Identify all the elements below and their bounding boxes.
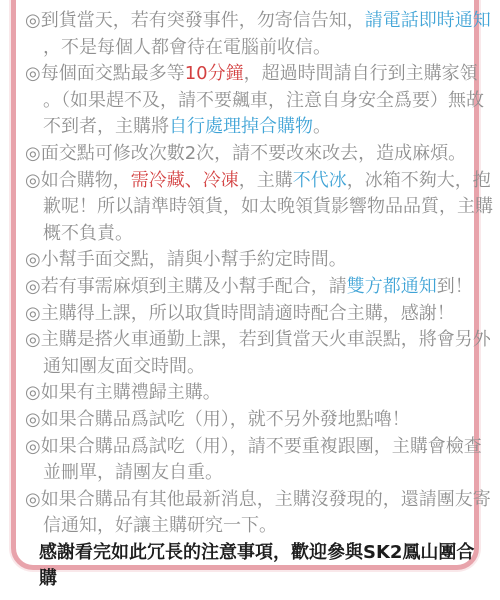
text-segment: ◎到貨當天，若有突發事件，勿寄信告知， [25,10,365,31]
text-segment: 請電話即時通知 [365,10,491,31]
text-segment: ◎如果合購品有其他最新消息，主購沒發現的，還請團友寄信通知，好讓主購研究一下。 [25,489,491,537]
notice-item: ◎面交點可修改次數2次，請不要改來改去，造成麻煩。 [25,141,495,168]
notice-list: ◎到貨當天，若有突發事件，勿寄信告知，請電話即時通知，不是每個人都會待在電腦前收… [25,8,470,540]
text-segment: ，不是每個人都會待在電腦前收信。 [43,37,331,58]
text-segment: ◎小幫手面交點，請與小幫手約定時間。 [25,249,347,270]
notice-item: ◎小幫手面交點，請與小幫手約定時間。 [25,247,495,274]
notice-item: ◎如果合購品爲試吃（用），請不要重複跟團，主購會檢查並刪單，請團友自重。 [25,434,495,487]
text-segment: 雙方都通知 [347,276,437,297]
notice-item: ◎如果有主購禮歸主購。 [25,380,495,407]
text-segment: ，主購 [239,170,293,191]
notice-footer: 感謝看完如此冗長的注意事項，歡迎參與SK2鳳山團合購 [39,540,479,593]
text-segment: 自行處理掉合購物 [169,116,313,137]
notice-item: ◎如合購物，需冷藏、冷凍，主購不代冰，冰箱不夠大，抱歉呢！所以請準時領貨，如太晚… [25,168,495,248]
text-segment: ◎如果合購品爲試吃（用），請不要重複跟團，主購會檢查並刪單，請團友自重。 [25,436,482,484]
notice-item: ◎如果合購品爲試吃（用），就不另外發地點嚕！ [25,407,495,434]
text-segment: ◎若有事需麻煩到主購及小幫手配合，請 [25,276,347,297]
text-segment: ◎如果合購品爲試吃（用），就不另外發地點嚕！ [25,409,410,430]
notice-box: ◎到貨當天，若有突發事件，勿寄信告知，請電話即時通知，不是每個人都會待在電腦前收… [11,0,479,570]
notice-item: ◎主購是搭火車通勤上課，若到貨當天火車誤點，將會另外通知團友面交時間。 [25,327,495,380]
text-segment: 。 [313,116,331,137]
text-segment: ◎面交點可修改次數2次，請不要改來改去，造成麻煩。 [25,143,466,164]
notice-item: ◎到貨當天，若有突發事件，勿寄信告知，請電話即時通知，不是每個人都會待在電腦前收… [25,8,495,61]
text-segment: ◎如合購物， [25,170,131,191]
text-segment: ◎每個面交點最多等 [25,63,185,84]
text-segment: ◎主購得上課，所以取貨時間請適時配合主購，感謝！ [25,303,455,324]
notice-content: ◎到貨當天，若有突發事件，勿寄信告知，請電話即時通知，不是每個人都會待在電腦前收… [16,0,474,593]
text-segment: 不代冰 [293,170,347,191]
notice-item: ◎若有事需麻煩到主購及小幫手配合，請雙方都通知到！ [25,274,495,301]
text-segment: ◎如果有主購禮歸主購。 [25,382,221,403]
text-segment: 到！ [437,276,473,297]
text-segment: ◎主購是搭火車通勤上課，若到貨當天火車誤點，將會另外通知團友面交時間。 [25,329,491,377]
notice-item: ◎每個面交點最多等10分鐘，超過時間請自行到主購家領。（如果趕不及，請不要飆車，… [25,61,495,141]
page: ◎到貨當天，若有突發事件，勿寄信告知，請電話即時通知，不是每個人都會待在電腦前收… [0,0,500,600]
notice-item: ◎如果合購品有其他最新消息，主購沒發現的，還請團友寄信通知，好讓主購研究一下。 [25,487,495,540]
text-segment: 10分鐘 [185,63,244,84]
notice-item: ◎主購得上課，所以取貨時間請適時配合主購，感謝！ [25,301,495,328]
text-segment: 需冷藏、冷凍 [131,170,239,191]
